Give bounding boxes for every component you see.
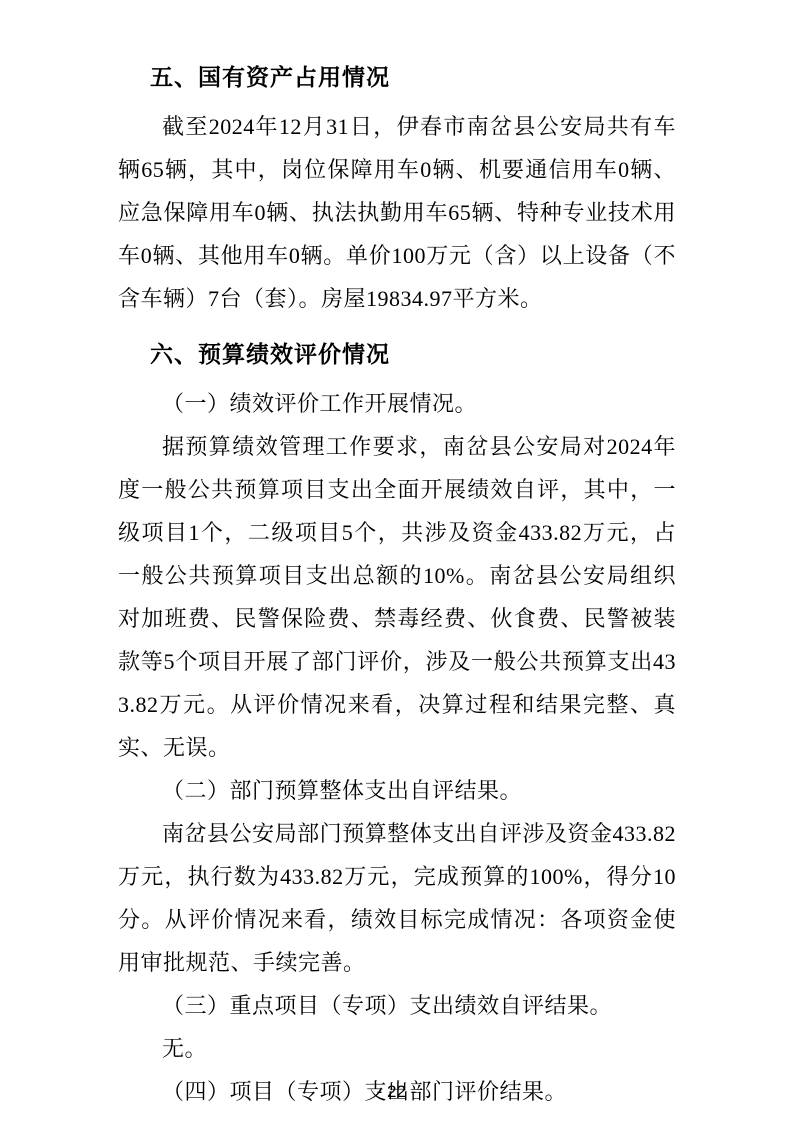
paragraph-state-assets: 截至2024年12月31日，伊春市南岔县公安局共有车辆65辆，其中，岗位保障用车… (118, 105, 676, 320)
paragraph-none: 无。 (118, 1027, 676, 1070)
section-heading-state-assets: 五、国有资产占用情况 (118, 56, 676, 99)
page-number: - 22 - (377, 1082, 417, 1101)
page-footer: - 22 - (0, 1082, 793, 1102)
paragraph-evaluation-work-detail: 据预算绩效管理工作要求，南岔县公安局对2024年度一般公共预算项目支出全面开展绩… (118, 425, 676, 769)
subheading-overall-self-evaluation: （二）部门预算整体支出自评结果。 (118, 769, 676, 812)
section-heading-performance-evaluation: 六、预算绩效评价情况 (118, 333, 676, 376)
subheading-key-project-self-evaluation: （三）重点项目（专项）支出绩效自评结果。 (118, 984, 676, 1027)
paragraph-overall-self-evaluation-detail: 南岔县公安局部门预算整体支出自评涉及资金433.82万元，执行数为433.82万… (118, 812, 676, 984)
document-page: 五、国有资产占用情况 截至2024年12月31日，伊春市南岔县公安局共有车辆65… (0, 0, 793, 1122)
subheading-evaluation-work: （一）绩效评价工作开展情况。 (118, 382, 676, 425)
